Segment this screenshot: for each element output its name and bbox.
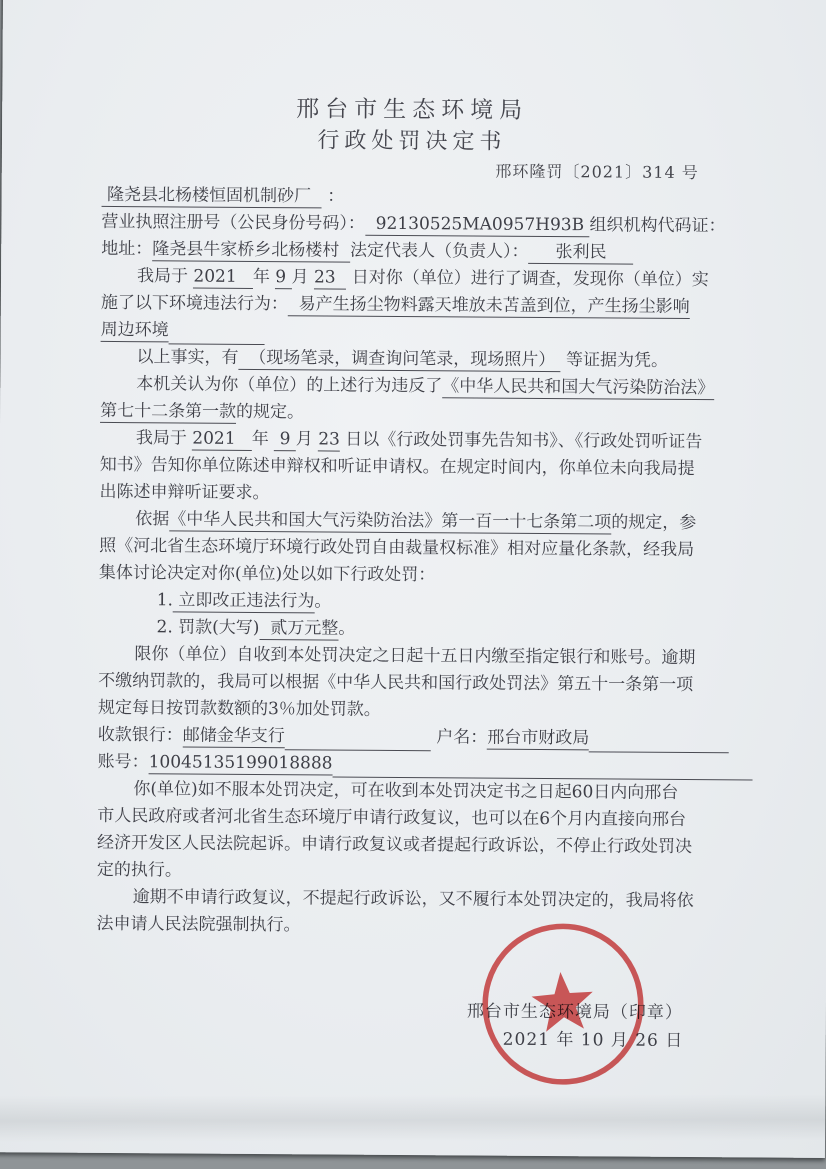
underlined-segment <box>332 757 752 781</box>
underlined-segment: 易产生扬尘物料露天堆放未苫盖到位，产生扬尘影响 <box>288 294 690 319</box>
underlined-segment: 9 <box>275 267 291 289</box>
underlined-segment: （现场笔录，调查询问笔录，现场照片） <box>238 348 560 372</box>
text-segment: 我局于 <box>136 428 193 448</box>
underlined-segment: 9 <box>274 429 296 451</box>
text-segment: 1. <box>157 590 173 610</box>
underlined-segment: 2021 <box>193 267 253 289</box>
scanner-background: 邢台市生态环境局 行政处罚决定书 邢环隆罚〔2021〕314 号 隆尧县北杨楼恒… <box>0 0 826 1169</box>
underlined-segment: 23 <box>314 267 347 289</box>
text-segment: 法申请人民法院强制执行。 <box>96 914 300 935</box>
text-segment: 规定每日按罚款数额的3％加处罚款。 <box>98 698 381 720</box>
underlined-segment: 贰万元整 <box>259 618 338 641</box>
underlined-segment: 2021 <box>192 429 252 451</box>
text-segment: 限你（单位）自收到本处罚决定之日起十五日内缴至指定银行和账号。逾期 <box>134 644 695 668</box>
document-body: 隆尧县北杨楼恒固机制砂厂 ：营业执照注册号（公民身份号码）： 92130525M… <box>96 182 746 942</box>
underlined-segment: 张利民 <box>528 242 633 265</box>
text-segment: 本机关认为你（单位）的上述行为违反了 <box>136 374 442 396</box>
text-segment: 市人民政府或者河北省生态环境厅申请行政复议，也可以在6个月内直接向邢台 <box>97 806 686 830</box>
text-segment: 依据 <box>135 509 169 529</box>
underlined-segment: 隆尧县牛家桥乡北杨楼村 <box>152 239 350 262</box>
text-segment: 出陈述申辩听证要求。 <box>99 482 269 503</box>
text-segment: 2. 罚款(大写) <box>157 617 260 638</box>
underlined-segment <box>589 732 729 754</box>
text-segment: 法定代表人（负责人）： <box>350 241 529 262</box>
doc-title: 行政处罚决定书 <box>2 121 822 158</box>
text-segment: 经济开发区人民法院起诉。申请行政复议或者提起行政诉讼，不停止行政处罚决 <box>97 833 692 857</box>
underlined-segment: 邢台市财政局 <box>487 728 589 751</box>
underlined-segment: 《中华人民共和国大气污染防治法》第一百一十七条第二项 <box>169 509 611 534</box>
text-segment: 账号： <box>98 752 149 772</box>
underlined-segment: 周边环境 <box>101 320 169 342</box>
text-segment: 等证据为凭。 <box>561 350 669 371</box>
text-segment: 组织机构代码证： <box>589 215 725 236</box>
text-segment: 。 <box>338 619 355 639</box>
text-segment: 年 <box>253 267 276 287</box>
text-segment: 你(单位)如不服本处罚决定，可在收到本处罚决定书之日起60日内向邢台 <box>133 779 678 803</box>
official-seal: 邢台市生态环境局 1305018805313 <box>449 890 677 1118</box>
underlined-segment <box>169 324 265 345</box>
text-segment: 集体讨论决定对你(单位)处以如下行政处罚： <box>99 563 435 585</box>
text-segment: 的规定，参 <box>611 512 696 533</box>
underlined-segment: 92130525MA0957H93B <box>365 214 590 238</box>
underlined-segment: 《中华人民共和国大气污染防治法》 <box>442 376 714 400</box>
text-segment: 户名： <box>431 727 488 747</box>
doc-number: 邢环隆罚〔2021〕314 号 <box>495 159 699 183</box>
text-segment: 不缴纳罚款的，我局可以根据《中华人民共和国行政处罚法》第五十一条第一项 <box>98 671 693 695</box>
underlined-segment: 立即改正违法行为 <box>173 590 315 613</box>
underlined-segment: 邮储金华支行 <box>183 725 285 748</box>
text-segment: 照《河北省生态环境厅环境行政处罚自由裁量权标准》相对应量化条款，经我局 <box>99 536 694 560</box>
text-segment: 地址： <box>101 239 152 259</box>
text-segment: 日以《行政处罚事先告知书》、《行政处罚听证告 <box>340 430 703 453</box>
document-page: 邢台市生态环境局 行政处罚决定书 邢环隆罚〔2021〕314 号 隆尧县北杨楼恒… <box>0 0 826 1158</box>
underlined-segment <box>285 730 431 752</box>
text-segment: 月 <box>291 267 314 287</box>
text-segment: 施了以下环境违法行为： <box>101 293 288 314</box>
underlined-segment: 10045135199018888 <box>149 752 333 775</box>
underlined-segment: 隆尧县北杨楼恒固机制砂厂 <box>102 185 322 209</box>
text-segment: 月 <box>296 429 319 449</box>
text-segment: 知书》告知你单位陈述申辩权和听证申请权。在规定时间内，你单位未向我局提 <box>100 455 695 479</box>
paper-fold-shadow <box>0 1094 825 1141</box>
text-segment: 日对你（单位）进行了调查，发现你（单位）实 <box>346 268 709 291</box>
text-segment: 收款银行： <box>98 725 183 746</box>
text-segment: 营业执照注册号（公民身份号码）： <box>101 212 365 234</box>
text-segment: 。 <box>314 591 331 611</box>
underlined-segment: 第七十二条第一款 <box>100 401 236 424</box>
text-segment: 年 <box>252 429 275 449</box>
text-segment: 我局于 <box>137 266 194 286</box>
text-segment: ： <box>322 186 345 206</box>
text-segment: 的规定。 <box>236 402 304 422</box>
seal-star-icon <box>530 969 596 1032</box>
text-segment: 以上事实，有 <box>136 347 238 368</box>
underlined-segment: 23 <box>318 429 340 451</box>
text-segment: 定的执行。 <box>97 860 182 881</box>
